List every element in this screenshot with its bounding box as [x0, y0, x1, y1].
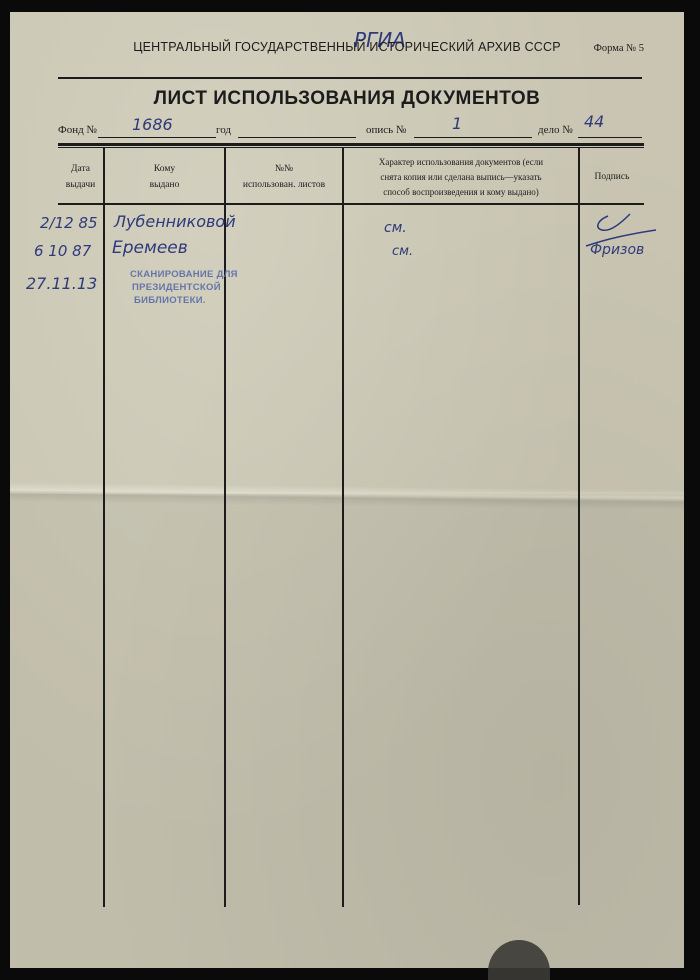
god-label: год — [216, 124, 231, 136]
page-title: ЛИСТ ИСПОЛЬЗОВАНИЯ ДОКУМЕНТОВ — [10, 88, 684, 110]
fond-underline — [98, 137, 216, 138]
header-text: Кому — [154, 161, 175, 177]
opis-label: опись № — [366, 124, 406, 136]
row-3-date: 27.11.13 — [26, 274, 97, 293]
stamp-line: БИБЛИОТЕКИ. — [130, 294, 238, 307]
scan-stamp: СКАНИРОВАНИЕ ДЛЯ ПРЕЗИДЕНТСКОЙ БИБЛИОТЕК… — [130, 268, 238, 307]
header-text: Подпись — [595, 169, 630, 185]
table-top-rule — [58, 143, 644, 146]
stamp-line: ПРЕЗИДЕНТСКОЙ — [130, 281, 238, 294]
column-header-date: Дата выдачи — [58, 152, 103, 202]
archive-name: ЦЕНТРАЛЬНЫЙ ГОСУДАРСТВЕННЫЙ ИСТОРИЧЕСКИЙ… — [10, 40, 684, 54]
column-divider-2 — [224, 147, 226, 907]
opis-value: 1 — [452, 114, 462, 133]
stamp-line: СКАНИРОВАНИЕ ДЛЯ — [130, 268, 238, 281]
table-header-bottom-rule — [58, 203, 644, 205]
row-1-date: 2/12 85 — [40, 214, 98, 232]
header-text: способ воспроизведения и кому выдано) — [383, 185, 539, 200]
header-text: использован. листов — [243, 177, 325, 193]
row-1-recipient: Лубенниковой — [114, 212, 236, 231]
document-page: РГИА Форма № 5 ЦЕНТРАЛЬНЫЙ ГОСУДАРСТВЕНН… — [10, 12, 684, 968]
header-text: выдачи — [66, 177, 95, 193]
column-header-usage: Характер использования документов (если … — [344, 152, 578, 202]
god-underline — [238, 137, 356, 138]
delo-underline — [578, 137, 642, 138]
table-top-rule-thin — [58, 147, 644, 148]
lower-half-shading — [10, 494, 684, 968]
header-text: №№ — [275, 161, 293, 177]
header-text: Характер использования документов (если — [379, 155, 543, 170]
column-header-recipient: Кому выдано — [105, 152, 224, 202]
header-divider — [58, 77, 642, 79]
header-text: Дата — [71, 161, 90, 177]
header-text: выдано — [150, 177, 180, 193]
column-divider-1 — [103, 147, 105, 907]
column-header-sheets: №№ использован. листов — [226, 152, 342, 202]
fond-value: 1686 — [132, 115, 173, 134]
row-2-recipient: Еремеев — [112, 238, 188, 258]
signature-name: Фризов — [590, 242, 644, 258]
column-divider-3 — [342, 147, 344, 907]
row-2-date: 6 10 87 — [34, 242, 91, 260]
row-1-usage: см. — [384, 220, 407, 236]
column-header-signature: Подпись — [580, 152, 644, 202]
header-text: снята копия или сделана выпись—указать — [380, 170, 541, 185]
delo-label: дело № — [538, 124, 573, 136]
opis-underline — [414, 137, 532, 138]
fond-label: Фонд № — [58, 124, 97, 136]
delo-value: 44 — [584, 112, 604, 131]
row-2-usage: см. — [392, 244, 413, 259]
